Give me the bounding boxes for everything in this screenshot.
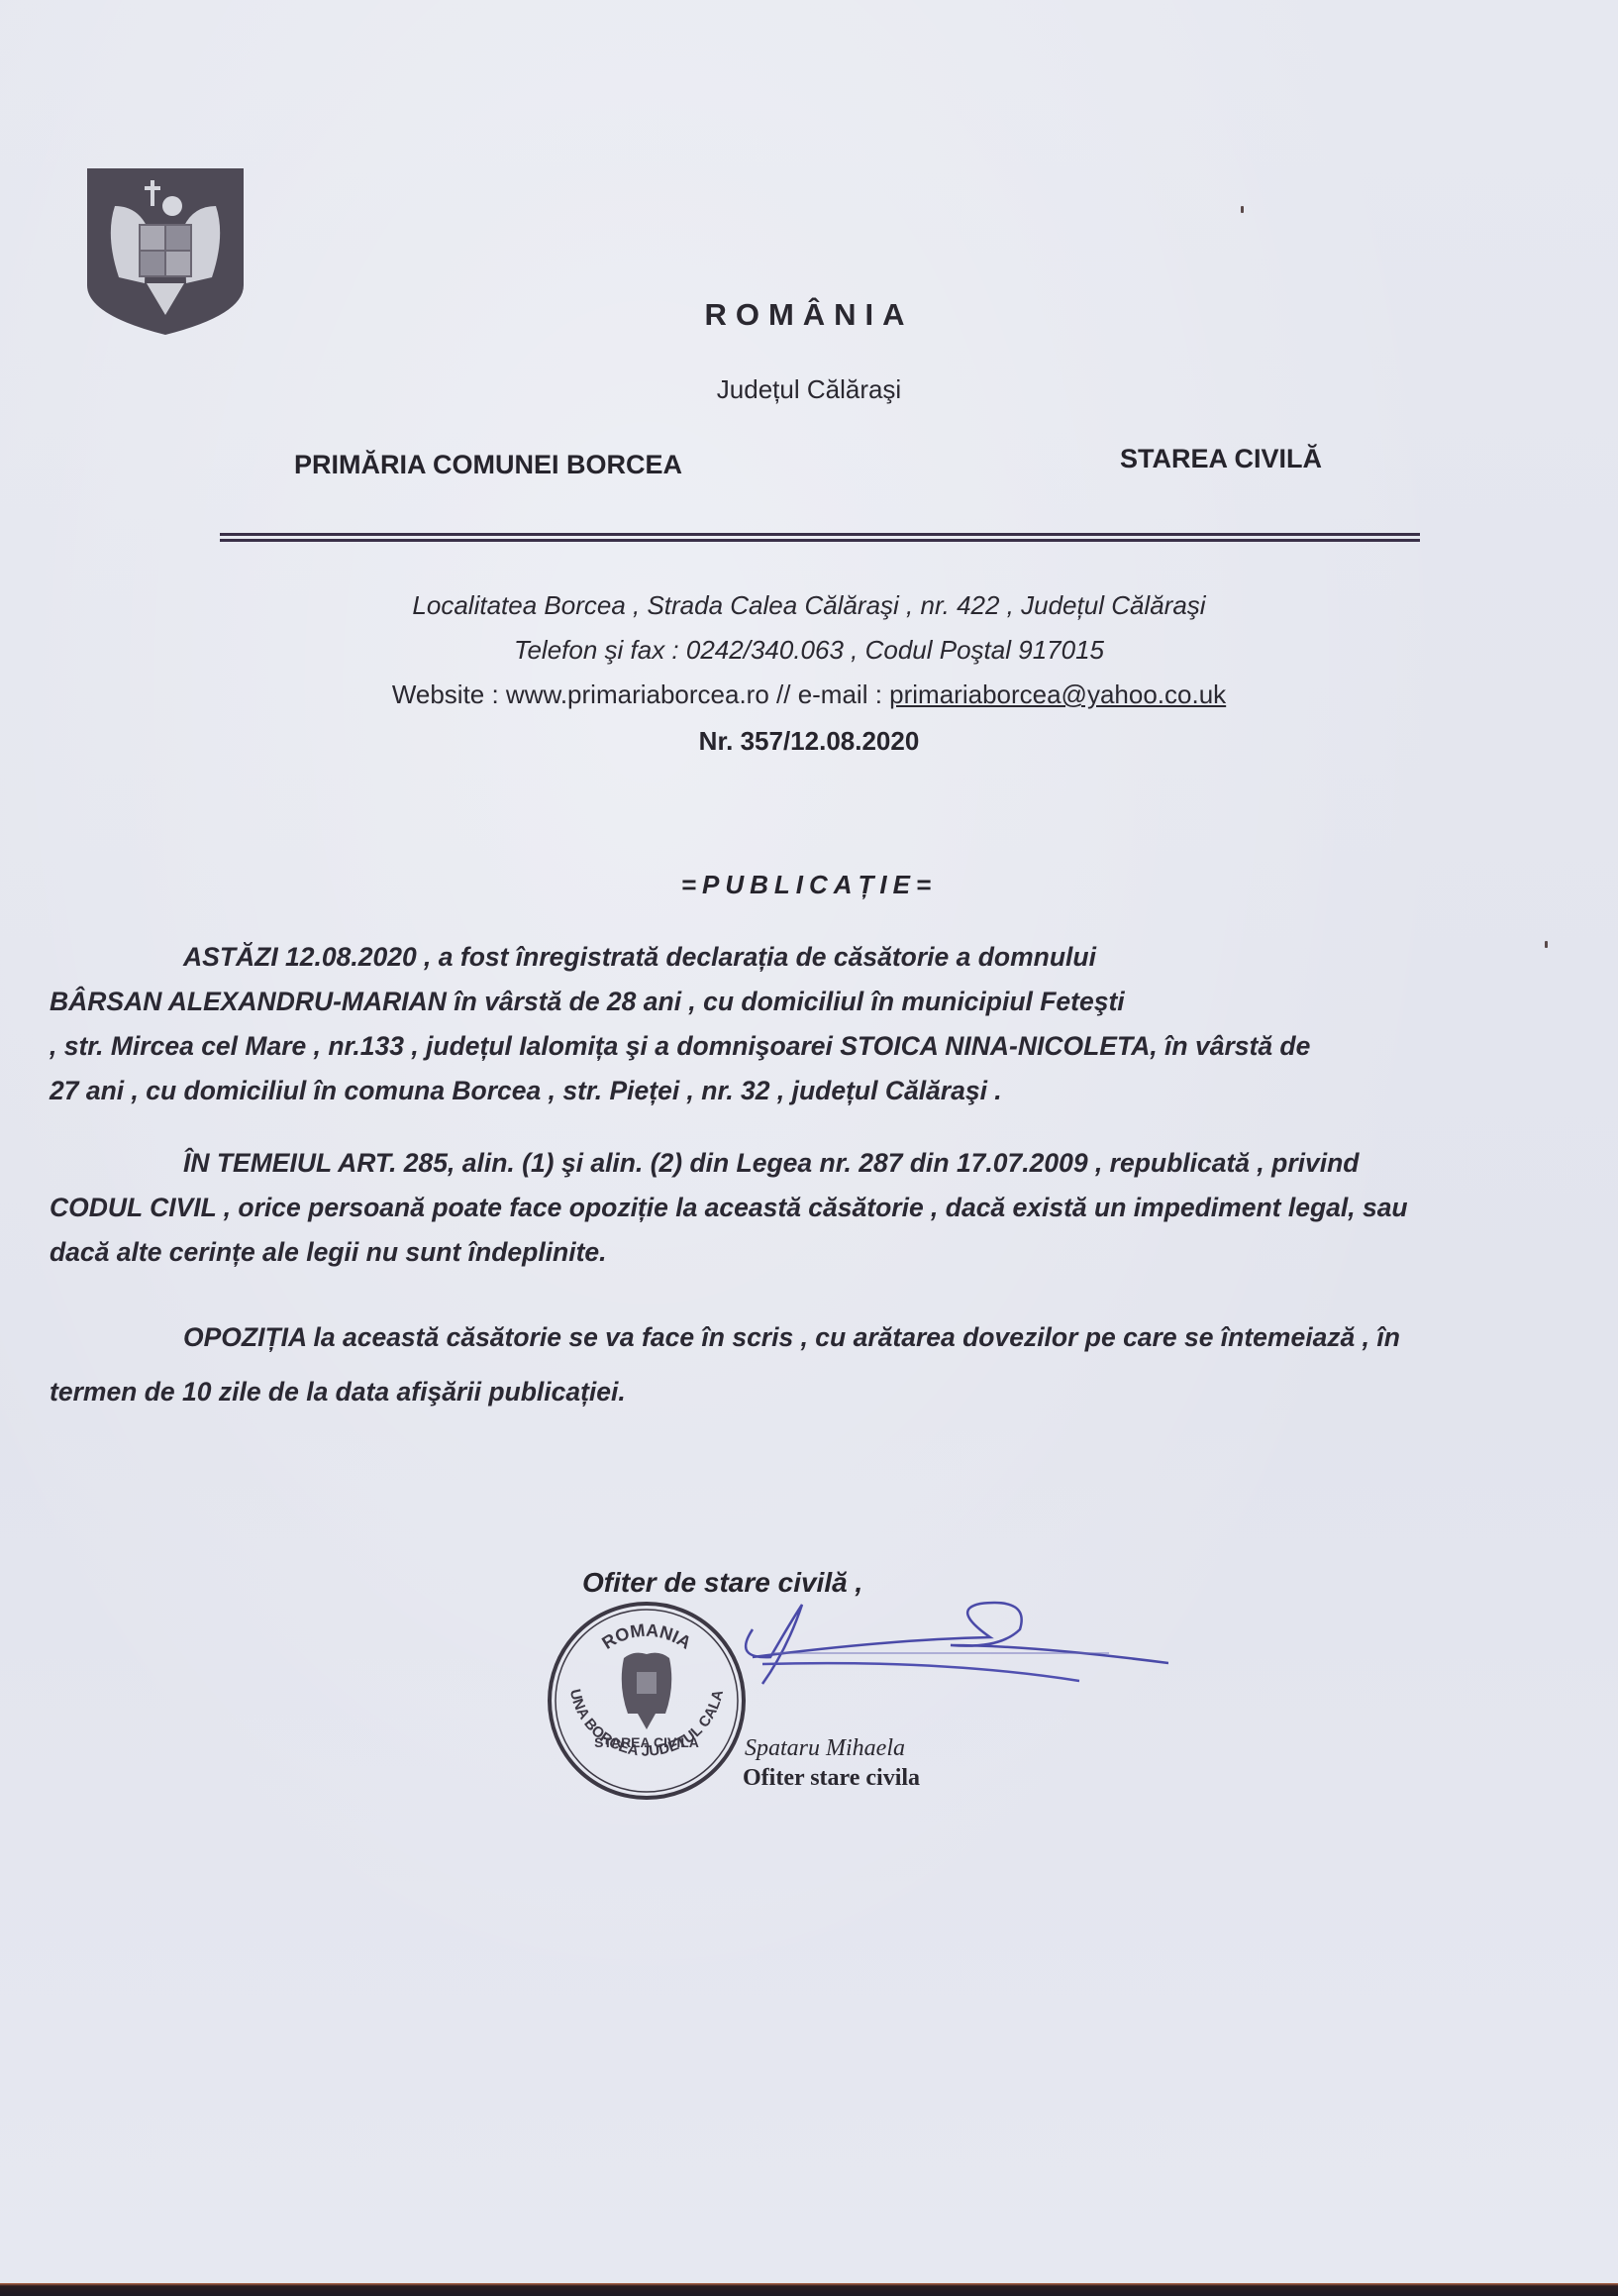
website-label: Website : www.primariaborcea.ro // e-mai… [392,679,889,709]
paragraph-line: , str. Mircea cel Mare , nr.133 , județu… [50,1024,1535,1069]
country-heading: ROMÂNIA [0,297,1618,333]
paragraph-line: OPOZIȚIA la această căsătorie se va face… [50,1310,1535,1365]
stamp-coat-of-arms-icon [622,1653,672,1729]
declaration-paragraph: ASTĂZI 12.08.2020 , a fost înregistrată … [50,935,1535,1113]
signer-title: Ofiter stare civila [743,1765,920,1792]
header-divider [220,533,1420,543]
phone-line: Telefon şi fax : 0242/340.063 , Codul Po… [0,635,1618,666]
department-name: STAREA CIVILĂ [1120,444,1322,474]
scanner-edge [0,2283,1618,2296]
paragraph-line: dacă alte cerințe ale legii nu sunt înde… [50,1230,1535,1275]
scanned-page: ROMÂNIA Județul Călăraşi PRIMĂRIA COMUNE… [0,0,1618,2283]
opposition-paragraph: OPOZIȚIA la această căsătorie se va face… [50,1310,1535,1419]
paragraph-line: ÎN TEMEIUL ART. 285, alin. (1) şi alin. … [50,1141,1535,1186]
paragraph-line: ASTĂZI 12.08.2020 , a fost înregistrată … [50,935,1535,980]
stamp-top-text: ROMANIA [598,1620,694,1653]
stamp-center-text: STAREA CIVILA [594,1734,699,1750]
legal-basis-paragraph: ÎN TEMEIUL ART. 285, alin. (1) şi alin. … [50,1141,1535,1275]
county-name: Județul Călăraşi [0,374,1618,405]
registration-number: Nr. 357/12.08.2020 [0,726,1618,757]
scan-speck [1241,206,1244,213]
paragraph-line: CODUL CIVIL , orice persoană poate face … [50,1186,1535,1230]
handwritten-signature [693,1590,1168,1709]
address-line: Localitatea Borcea , Strada Calea Călăra… [0,590,1618,621]
paragraph-line: BÂRSAN ALEXANDRU-MARIAN în vârstă de 28 … [50,980,1535,1024]
email-link[interactable]: primariaborcea@yahoo.co.uk [889,679,1226,709]
signer-name: Spataru Mihaela [745,1735,905,1762]
document-title: =PUBLICAȚIE= [0,870,1618,900]
institution-name: PRIMĂRIA COMUNEI BORCEA [294,450,682,480]
paragraph-line: 27 ani , cu domiciliul în comuna Borcea … [50,1069,1535,1113]
paragraph-line: termen de 10 zile de la data afişării pu… [50,1365,1535,1419]
scan-speck [1545,941,1548,948]
svg-text:ROMANIA: ROMANIA [598,1620,694,1653]
web-email-line: Website : www.primariaborcea.ro // e-mai… [0,679,1618,710]
